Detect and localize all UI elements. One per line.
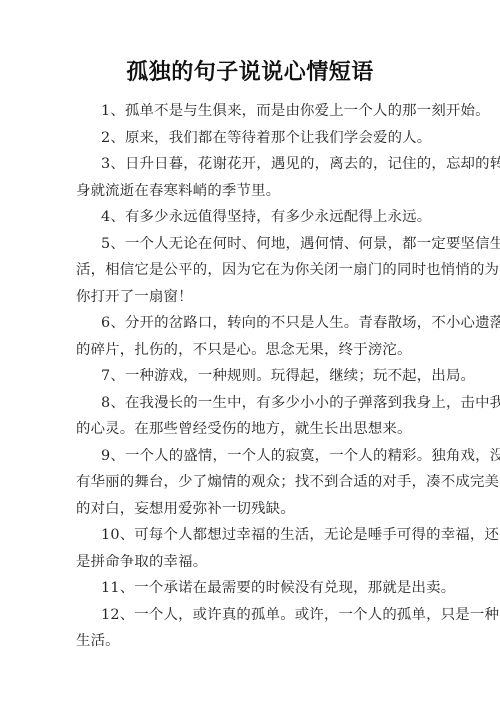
paragraph-line: 3、日升日暮，花谢花开，遇见的，离去的，记住的，忘却的转 [76,151,426,178]
paragraph-9: 9、一个人的盛情，一个人的寂寞，一个人的精彩。独角戏，没 有华丽的舞台，少了煽情… [76,443,426,523]
paragraph-line: 9、一个人的盛情，一个人的寂寞，一个人的精彩。独角戏，没 [76,443,426,470]
document-body: 1、孤单不是与生俱来，而是由你爱上一个人的那一刻开始。 2、原来，我们都在等待着… [76,98,426,655]
paragraph-8: 8、在我漫长的一生中，有多少小小的子弹落到我身上，击中我 的心灵。在那些曾经受伤… [76,390,426,443]
paragraph-line: 有华丽的舞台，少了煽情的观众；找不到合适的对手，凑不成完美 [76,469,426,496]
paragraph-line: 12、一个人，或许真的孤单。或许，一个人的孤单，只是一种 [76,602,426,629]
paragraph-line: 1、孤单不是与生俱来，而是由你爱上一个人的那一刻开始。 [76,98,426,125]
paragraph-line: 的对白，妄想用爱弥补一切残缺。 [76,496,426,523]
paragraph-10: 10、可每个人都想过幸福的生活，无论是唾手可得的幸福，还 是拼命争取的幸福。 [76,522,426,575]
paragraph-7: 7、一种游戏，一种规则。玩得起，继续；玩不起，出局。 [76,363,426,390]
document-title: 孤独的句子说说心情短语 [0,58,500,88]
paragraph-6: 6、分开的岔路口，转向的不只是人生。青春散场，不小心遗落 的碎片，扎伤的，不只是… [76,310,426,363]
paragraph-line: 11、一个承诺在最需要的时候没有兑现，那就是出卖。 [76,575,426,602]
paragraph-4: 4、有多少永远值得坚持，有多少永远配得上永远。 [76,204,426,231]
paragraph-2: 2、原来，我们都在等待着那个让我们学会爱的人。 [76,125,426,152]
paragraph-1: 1、孤单不是与生俱来，而是由你爱上一个人的那一刻开始。 [76,98,426,125]
paragraph-line: 7、一种游戏，一种规则。玩得起，继续；玩不起，出局。 [76,363,426,390]
paragraph-line: 4、有多少永远值得坚持，有多少永远配得上永远。 [76,204,426,231]
paragraph-12: 12、一个人，或许真的孤单。或许，一个人的孤单，只是一种 生活。 [76,602,426,655]
paragraph-line: 5、一个人无论在何时、何地，遇何情、何景，都一定要坚信生 [76,231,426,258]
paragraph-line: 8、在我漫长的一生中，有多少小小的子弹落到我身上，击中我 [76,390,426,417]
paragraph-line: 的碎片，扎伤的，不只是心。思念无果，终于滂沱。 [76,337,426,364]
paragraph-line: 是拼命争取的幸福。 [76,549,426,576]
paragraph-line: 身就流逝在春寒料峭的季节里。 [76,178,426,205]
paragraph-line: 生活。 [76,628,426,655]
paragraph-line: 2、原来，我们都在等待着那个让我们学会爱的人。 [76,125,426,152]
paragraph-line: 活，相信它是公平的，因为它在为你关闭一扇门的同时也悄悄的为 [76,257,426,284]
paragraph-line: 10、可每个人都想过幸福的生活，无论是唾手可得的幸福，还 [76,522,426,549]
paragraph-line: 你打开了一扇窗！ [76,284,426,311]
paragraph-11: 11、一个承诺在最需要的时候没有兑现，那就是出卖。 [76,575,426,602]
paragraph-5: 5、一个人无论在何时、何地，遇何情、何景，都一定要坚信生 活，相信它是公平的，因… [76,231,426,311]
paragraph-3: 3、日升日暮，花谢花开，遇见的，离去的，记住的，忘却的转 身就流逝在春寒料峭的季… [76,151,426,204]
document-page: 孤独的句子说说心情短语 1、孤单不是与生俱来，而是由你爱上一个人的那一刻开始。 … [0,0,500,708]
paragraph-line: 的心灵。在那些曾经受伤的地方，就生长出思想来。 [76,416,426,443]
paragraph-line: 6、分开的岔路口，转向的不只是人生。青春散场，不小心遗落 [76,310,426,337]
